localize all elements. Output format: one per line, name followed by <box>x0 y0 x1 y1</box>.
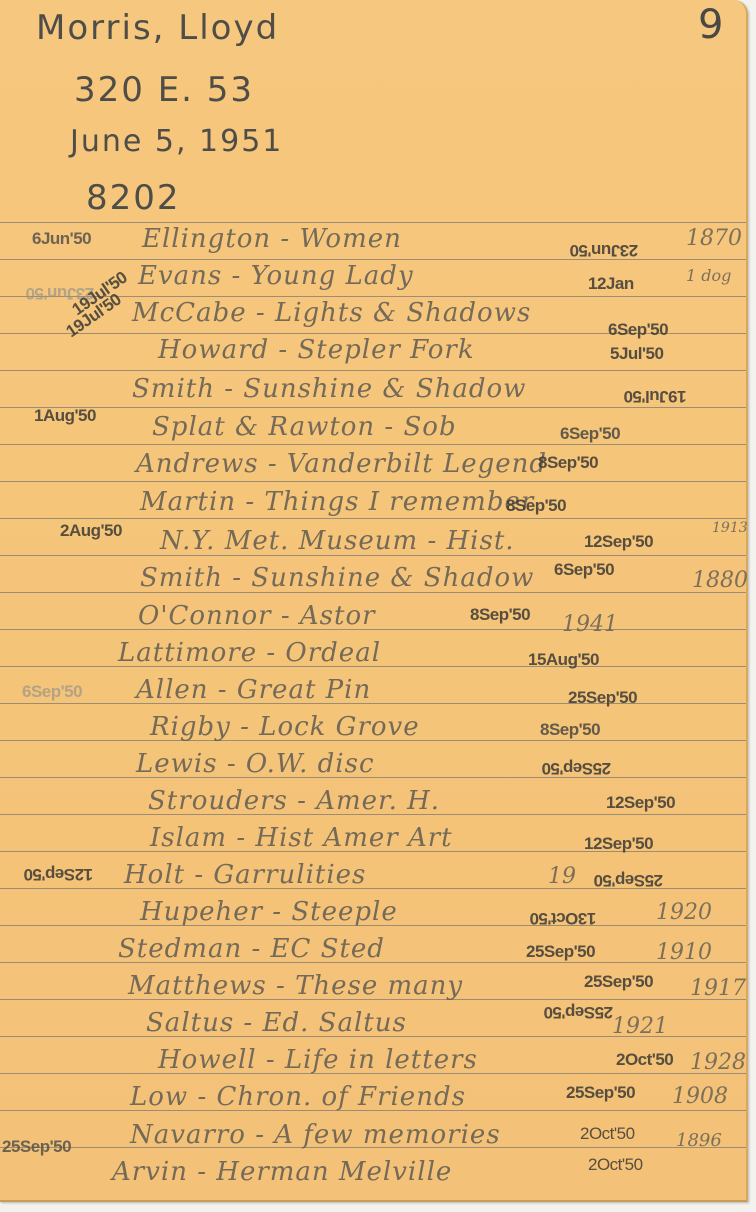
entry-note: 1908 <box>672 1084 728 1109</box>
borrower-address: 320 E. 53 <box>74 70 254 110</box>
date-stamp: 12Sep'50 <box>24 864 93 884</box>
date-stamp: 12Jan <box>588 274 634 294</box>
entry: Martin - Things I remember <box>140 487 534 517</box>
date-stamp: 12Sep'50 <box>584 532 653 552</box>
ruled-line <box>0 481 746 482</box>
entry: Lattimore - Ordeal <box>118 638 381 668</box>
entry: Hupeher - Steeple <box>140 897 398 927</box>
date-stamp: 6Sep'50 <box>608 320 668 340</box>
entry-note: 1941 <box>562 612 618 637</box>
entry: Howard - Stepler Fork <box>158 335 475 365</box>
date-stamp: 25Sep'50 <box>568 688 637 708</box>
date-stamp: 1Aug'50 <box>34 406 96 426</box>
date-stamp: 6Sep'50 <box>22 682 82 702</box>
date-stamp: 2Aug'50 <box>60 521 122 541</box>
entry: Evans - Young Lady <box>138 261 414 291</box>
entry: Stedman - EC Sted <box>118 934 385 964</box>
ruled-line <box>0 222 746 223</box>
entry: N.Y. Met. Museum - Hist. <box>160 526 515 556</box>
entry: Splat & Rawton - Sob <box>152 412 457 442</box>
date-stamp: 13Oct'50 <box>530 908 596 928</box>
entry-note: 1870 <box>686 226 742 251</box>
entry: Islam - Hist Amer Art <box>150 823 453 853</box>
entry: O'Connor - Astor <box>138 601 376 631</box>
entry: Lewis - O.W. disc <box>136 749 375 779</box>
entry: Howell - Life in letters <box>158 1045 478 1075</box>
date-stamp: 8Sep'50 <box>538 453 598 473</box>
page-number: 9 <box>698 2 723 48</box>
date-stamp: 6Jun'50 <box>32 229 91 249</box>
entry: Arvin - Herman Melville <box>112 1157 452 1187</box>
date-stamp: 25Sep'50 <box>542 758 611 778</box>
entry-note: 1910 <box>656 940 712 965</box>
date-stamp: 8Sep'50 <box>540 720 600 740</box>
entry: McCabe - Lights & Shadows <box>132 298 531 328</box>
entry: Low - Chron. of Friends <box>130 1082 466 1112</box>
date-stamp: 25Sep'50 <box>566 1083 635 1103</box>
entry-note: 1920 <box>656 900 712 925</box>
entry-note: 1921 <box>612 1014 668 1039</box>
entry: Matthews - These many <box>128 971 463 1001</box>
entry: Allen - Great Pin <box>136 675 371 705</box>
ruled-line <box>0 370 746 371</box>
date-stamp: 19Jul'50 <box>624 386 686 406</box>
date-stamp: 8Sep'50 <box>506 496 566 516</box>
ruled-line <box>0 444 746 445</box>
date-stamp: 15Aug'50 <box>528 650 599 670</box>
entry: Ellington - Women <box>142 224 402 254</box>
entry-note: 1896 <box>676 1130 722 1151</box>
entry-note: 1 dog <box>686 266 731 285</box>
date-stamp: 2Oct'50 <box>580 1124 635 1144</box>
entry: Strouders - Amer. H. <box>148 786 440 816</box>
entry-note: 1880 <box>692 568 748 593</box>
date-stamp: 12Sep'50 <box>584 834 653 854</box>
date-stamp: 25Sep'50 <box>2 1137 71 1157</box>
date-stamp: 6Sep'50 <box>560 424 620 444</box>
date-stamp: 25Sep'50 <box>526 942 595 962</box>
entry: Saltus - Ed. Saltus <box>146 1008 407 1038</box>
date-stamp: 8Sep'50 <box>470 605 530 625</box>
date-stamp: 25Sep'50 <box>584 972 653 992</box>
date-stamp: 2Oct'50 <box>616 1050 673 1070</box>
entry: Smith - Sunshine & Shadow <box>140 563 534 593</box>
date-stamp: 23Jun'50 <box>570 240 638 260</box>
borrower-number: 8202 <box>86 178 181 218</box>
date-stamp: 25Sep'50 <box>544 1002 613 1022</box>
ruled-line <box>0 407 746 408</box>
date-stamp: 6Sep'50 <box>554 560 614 580</box>
entry: Holt - Garrulities <box>124 860 366 890</box>
entry-note: 1917 <box>690 976 746 1001</box>
date-stamp: 12Sep'50 <box>606 793 675 813</box>
entry: Smith - Sunshine & Shadow <box>132 374 526 404</box>
entry-note: 1928 <box>690 1050 746 1075</box>
date-stamp: 25Sep'50 <box>594 870 663 890</box>
card-date: June 5, 1951 <box>70 124 283 159</box>
date-stamp: 2Oct'50 <box>588 1155 643 1175</box>
entry-note: 19 <box>548 864 576 889</box>
ruled-line <box>0 518 746 519</box>
date-stamp: 5Jul'50 <box>610 344 663 364</box>
borrower-name: Morris, Lloyd <box>36 8 279 48</box>
entry-note: 1913 <box>712 520 748 536</box>
library-card: Morris, Lloyd 320 E. 53 June 5, 1951 820… <box>0 0 748 1202</box>
entry: Andrews - Vanderbilt Legend <box>136 449 547 479</box>
entry: Navarro - A few memories <box>130 1120 501 1150</box>
entry: Rigby - Lock Grove <box>150 712 420 742</box>
